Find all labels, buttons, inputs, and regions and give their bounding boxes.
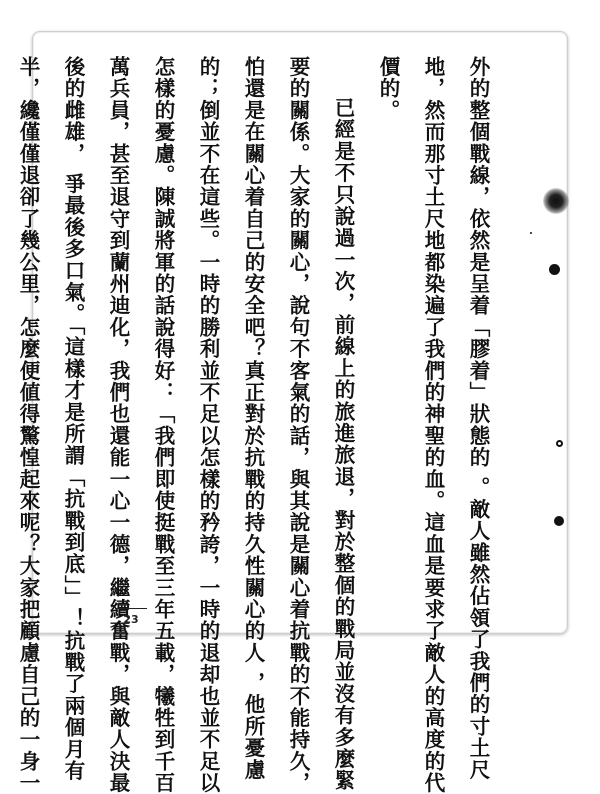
text-column-8: 怎樣的憂慮。陳誠將軍的話說得好：「我們即使挺戰至三年五載，犧牲到千百 [140, 56, 185, 604]
page-footer: 23 [113, 608, 149, 628]
ink-spot-mark [549, 264, 560, 275]
ink-spot-mark [556, 440, 563, 447]
text-column-7: 的；倒並不在這些。一時的勝利並不足以怎樣的矜誇，一時的退却也並不足以 [185, 56, 230, 604]
text-column-2: 地，然而那寸土尺地都染遍了我們的神聖的血。這血是要求了敵人的高度的代 [410, 56, 455, 604]
text-column-4: 已經是不只說過一次，前線上的旅進旅退，對於整個的戰局並沒有多麼緊 [320, 56, 365, 604]
text-column-6: 怕還是在關心着自己的安全吧？真正對於抗戰的持久性關心的人 ，他所憂慮 [230, 56, 275, 604]
ink-blot-mark [543, 188, 569, 214]
text-column-5: 要的關係。大家的關心，說句不客氣的話，與其說是關心着抗戰的不能持久， [275, 56, 320, 604]
ink-spot-mark [530, 232, 532, 234]
ink-spot-mark [554, 516, 564, 526]
page-number: 23 [123, 613, 138, 626]
text-column-11: 半，纔僅僅退卻了幾公里，怎麼便値得驚惶起來呢？大家把顧慮自己的一身一 [5, 56, 50, 604]
text-column-3: 價的。 [365, 56, 410, 604]
text-column-9: 萬兵員，甚至退守到蘭州迪化，我們也還能一心一德，繼續奮戰，與敵人決最 [95, 56, 140, 604]
vertical-text-body: 外的整個戰線，依然是呈着「膠着」狀態的 。敵人雖然佔領了我們的寸土尺 地，然而那… [80, 56, 500, 604]
text-column-10: 後的雌雄， 爭最後多口氣。「這樣才是所謂「抗戰到底」」！抗戰了兩個月有 [50, 56, 95, 604]
text-column-1: 外的整個戰線，依然是呈着「膠着」狀態的 。敵人雖然佔領了我們的寸土尺 [455, 56, 500, 604]
page-number-rule [115, 608, 147, 609]
